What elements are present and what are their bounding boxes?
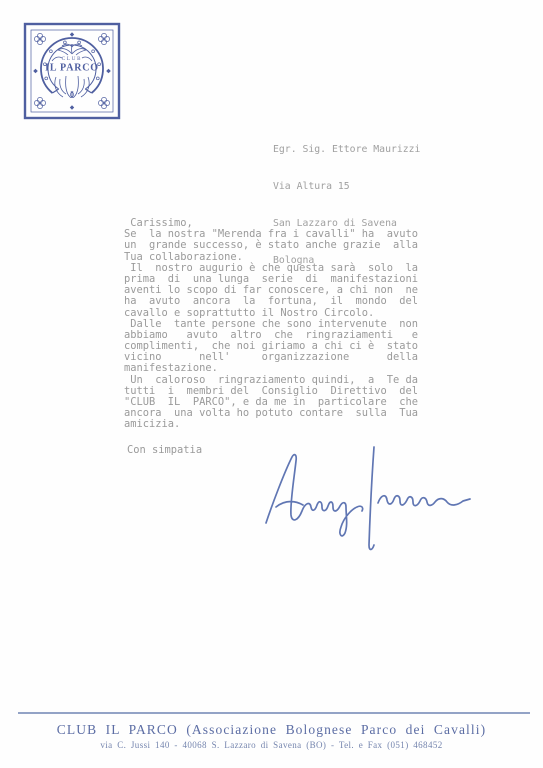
logo-club-label: CLUB xyxy=(62,57,83,62)
recipient-line: Via Altura 15 xyxy=(273,181,420,193)
body-line: ha avuto ancora la fortuna, il mondo del xyxy=(124,296,418,307)
letter-page: CLUB IL PARCO Egr. Sig. Ettore Maurizzi … xyxy=(0,0,543,768)
body-line: amicizia. xyxy=(124,419,418,430)
recipient-line: Egr. Sig. Ettore Maurizzi xyxy=(273,144,420,156)
body-line: cavallo e soprattutto il Nostro Circolo. xyxy=(124,308,418,319)
club-il-parco-logo: CLUB IL PARCO xyxy=(22,21,122,121)
footer-club-name: CLUB IL PARCO (Associazione Bolognese Pa… xyxy=(0,722,543,738)
body-line: manifestazione. xyxy=(124,363,418,374)
letter-closing: Con simpatia xyxy=(127,444,202,456)
letter-body: Carissimo, Se la nostra "Merenda fra i c… xyxy=(124,218,418,431)
footer-divider xyxy=(18,712,530,714)
logo-name-label: IL PARCO xyxy=(45,63,99,74)
footer-address: via C. Jussi 140 - 40068 S. Lazzaro di S… xyxy=(0,740,543,750)
body-line: un grande successo, è stato anche grazie… xyxy=(124,240,418,251)
handwritten-signature xyxy=(258,445,473,555)
